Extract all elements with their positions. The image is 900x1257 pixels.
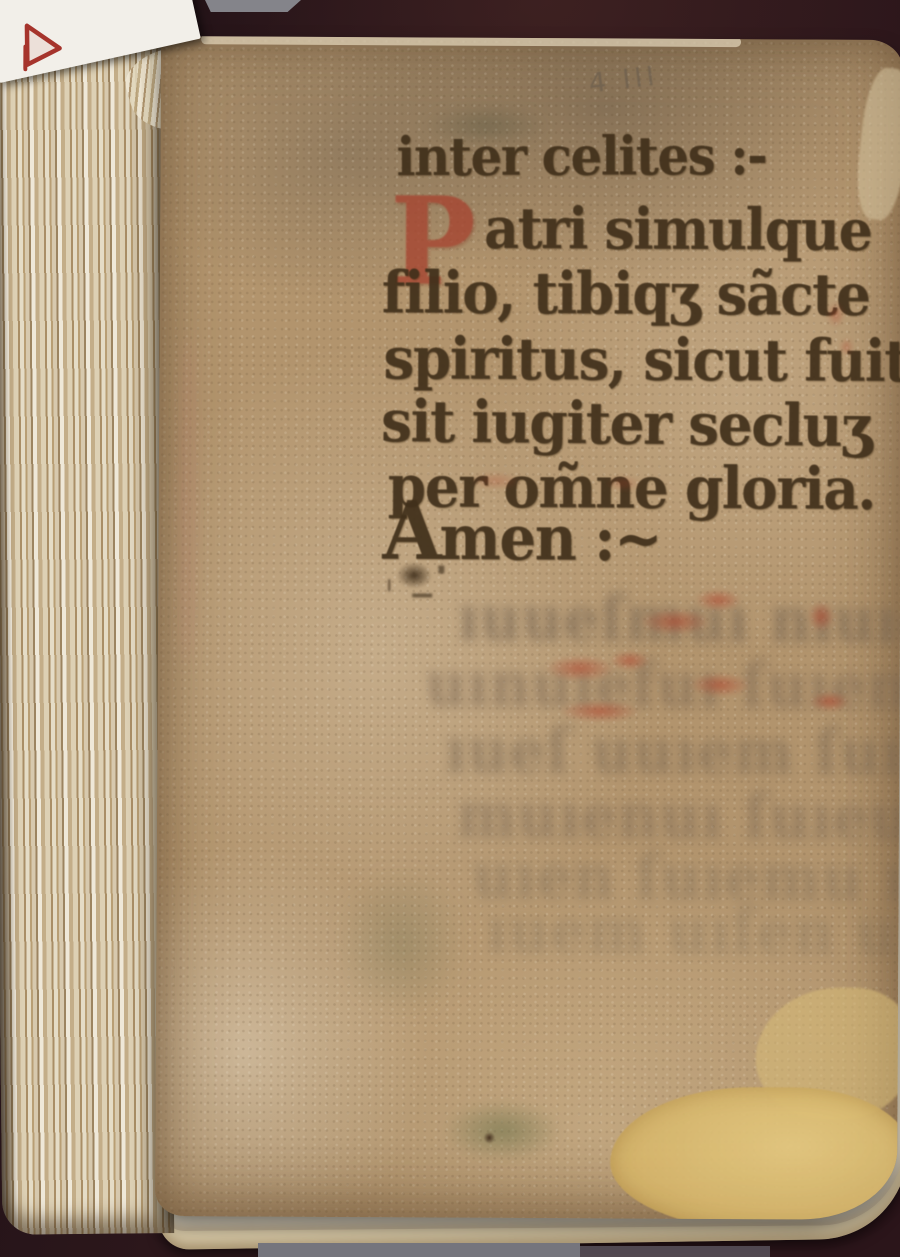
red-pigment-trace xyxy=(810,691,850,711)
red-pigment-trace xyxy=(808,601,834,631)
text-line-3: filio, tibiqʒ sãcte xyxy=(382,257,870,328)
page-top-edge-highlight xyxy=(201,36,741,47)
stain-green xyxy=(442,1100,562,1163)
text-line-2-body: atri simulque xyxy=(484,194,872,264)
red-pigment-trace xyxy=(610,650,650,670)
foliation-number: 4 III xyxy=(587,61,660,100)
parchment-page: 4 III inter celites :- P atri simulque f… xyxy=(155,36,900,1220)
erased-text-line: ıuem uıſen uıeſ xyxy=(486,894,900,969)
red-pigment-trace xyxy=(839,338,853,356)
text-line-7-body: men :~ xyxy=(439,502,661,575)
red-pigment-trace xyxy=(606,475,642,491)
red-pigment-trace xyxy=(640,609,710,635)
erased-text-line: uınuıefuı ſuıenu uıſ xyxy=(426,648,900,724)
gray-clip xyxy=(205,0,301,12)
red-pigment-trace xyxy=(471,472,521,490)
red-pigment-trace xyxy=(545,655,615,681)
red-pigment-trace xyxy=(827,302,845,328)
red-pigment-trace xyxy=(695,589,741,611)
text-line-5: sit iugiter secluʒ xyxy=(381,386,871,460)
dark-spot xyxy=(483,1132,495,1144)
red-pigment-trace xyxy=(560,700,640,722)
red-pigment-trace xyxy=(690,673,750,697)
manuscript-photograph: 4 III inter celites :- P atri simulque f… xyxy=(0,0,900,1257)
text-line-2: P atri simulque xyxy=(390,193,872,263)
stain-dark-top xyxy=(421,103,551,148)
ink-splatter xyxy=(390,557,438,593)
stain-pink-margin xyxy=(178,336,198,666)
red-delta-mark-icon xyxy=(13,14,71,75)
turned-leaves-stack xyxy=(0,27,174,1235)
table-edge-shadow xyxy=(580,1246,770,1257)
text-line-4: spiritus, sicut fuit xyxy=(383,323,900,395)
stain-green-faint xyxy=(336,867,467,1018)
repair-patch-corner xyxy=(610,1086,900,1220)
table-edge xyxy=(258,1243,580,1257)
